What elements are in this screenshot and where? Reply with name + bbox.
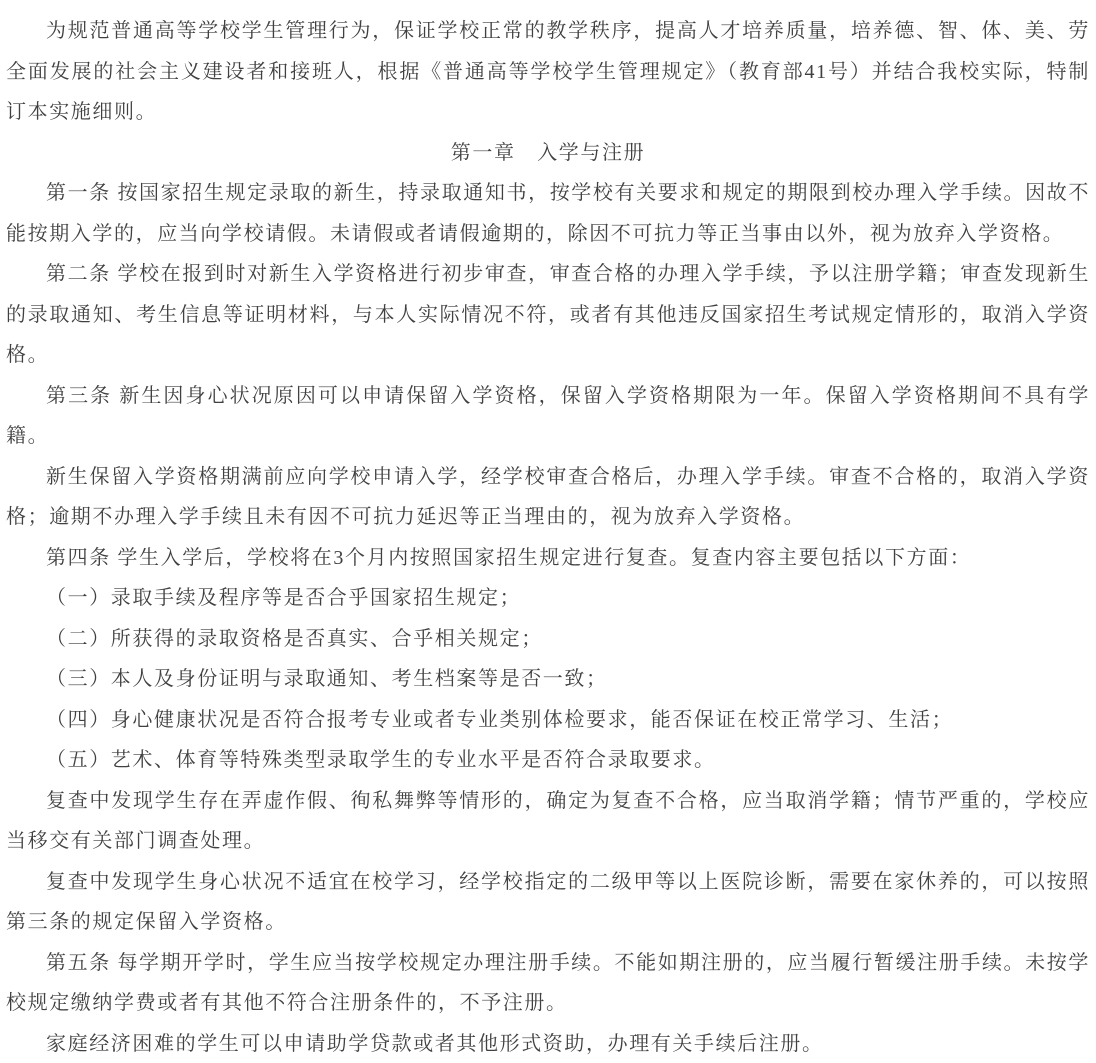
document-page: 为规范普通高等学校学生管理行为，保证学校正常的教学秩序，提高人才培养质量，培养德… [0, 0, 1096, 1063]
chapter-heading: 第一章 入学与注册 [6, 133, 1090, 174]
financial-aid-paragraph: 家庭经济困难的学生可以申请助学贷款或者其他形式资助，办理有关手续后注册。 [6, 1024, 1090, 1063]
article-5-paragraph: 第五条 每学期开学时，学生应当按学校规定办理注册手续。不能如期注册的，应当履行暂… [6, 943, 1090, 1024]
intro-paragraph: 为规范普通高等学校学生管理行为，保证学校正常的教学秩序，提高人才培养质量，培养德… [6, 11, 1090, 133]
review-health-paragraph: 复查中发现学生身心状况不适宜在校学习，经学校指定的二级甲等以上医院诊断，需要在家… [6, 862, 1090, 943]
review-item-5: （五）艺术、体育等特殊类型录取学生的专业水平是否符合录取要求。 [6, 740, 1090, 781]
article-1-paragraph: 第一条 按国家招生规定录取的新生，持录取通知书，按学校有关要求和规定的期限到校办… [6, 173, 1090, 254]
article-4-paragraph: 第四条 学生入学后，学校将在3个月内按照国家招生规定进行复查。复查内容主要包括以… [6, 538, 1090, 579]
review-item-4: （四）身心健康状况是否符合报考专业或者专业类别体检要求，能否保证在校正常学习、生… [6, 700, 1090, 741]
article-2-paragraph: 第二条 学校在报到时对新生入学资格进行初步审查，审查合格的办理入学手续，予以注册… [6, 254, 1090, 376]
review-item-3: （三）本人及身份证明与录取通知、考生档案等是否一致； [6, 659, 1090, 700]
article-3-continuation-paragraph: 新生保留入学资格期满前应向学校申请入学，经学校审查合格后，办理入学手续。审查不合… [6, 457, 1090, 538]
review-item-2: （二）所获得的录取资格是否真实、合乎相关规定； [6, 619, 1090, 660]
review-item-1: （一）录取手续及程序等是否合乎国家招生规定； [6, 578, 1090, 619]
article-3-paragraph: 第三条 新生因身心状况原因可以申请保留入学资格，保留入学资格期限为一年。保留入学… [6, 376, 1090, 457]
review-fraud-paragraph: 复查中发现学生存在弄虚作假、徇私舞弊等情形的，确定为复查不合格，应当取消学籍；情… [6, 781, 1090, 862]
